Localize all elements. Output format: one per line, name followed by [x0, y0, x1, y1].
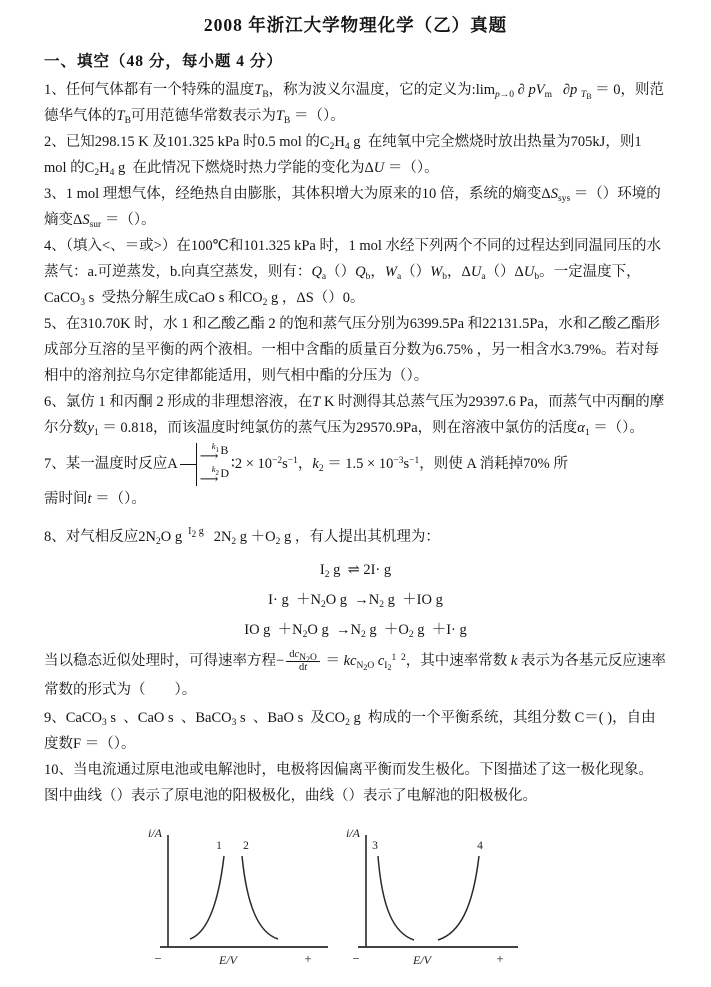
- mechanism-step-3: IO g ＋N2O g →N2 g ＋O2 g ＋I· g: [44, 615, 667, 645]
- left-chart-curve-1: [190, 856, 224, 939]
- curve-3-label: 3: [372, 840, 378, 852]
- question-7: 7、某一温度时反应A k1 ⟶ B k2 ⟶ D ∶2 × 10−2s−1，k2…: [44, 443, 667, 486]
- question-7-line2: 需时间t ＝（）。: [44, 486, 667, 512]
- left-chart-minus-sign: −: [154, 951, 161, 966]
- galvanic-cell-polarization-chart: i/A 1 2 − E/V +: [140, 823, 336, 969]
- question-7-text-after: ∶2 × 10−2s−1，k2 ＝ 1.5 × 10−3s−1，则使 A 消耗掉…: [231, 456, 568, 472]
- question-9: 9、CaCO3 s 、CaO s 、BaCO3 s 、BaO s 及CO2 g …: [44, 705, 667, 757]
- question-10: 10、当电流通过原电池或电解池时，电极将因偏离平衡而发生极化。下图描述了这一极化…: [44, 757, 667, 809]
- question-6: 6、氯仿 1 和丙酮 2 形成的非理想溶液，在T K 时测得其总蒸气压为2939…: [44, 389, 667, 441]
- steady-state-paragraph: 当以稳态近似处理时，可得速率方程−dcN2Odt ＝ kcN2O cI21 2，…: [44, 647, 667, 705]
- curve-2-label: 2: [243, 840, 249, 852]
- polarization-figures: i/A 1 2 − E/V + i/A 3 4 − E/V +: [140, 823, 667, 969]
- mechanism-step-2: I· g ＋N2O g →N2 g ＋IO g: [44, 585, 667, 615]
- reaction-branch-bottom: k2 ⟶ D: [200, 466, 229, 486]
- question-1: 1、任何气体都有一个特殊的温度TB，称为波义尔温度，它的定义为:limp→0 ∂…: [44, 77, 667, 129]
- left-chart-plus-sign: +: [304, 951, 311, 966]
- question-4: 4、（填入<、＝或>）在100℃和101.325 kPa 时，1 mol 水经下…: [44, 233, 667, 311]
- left-chart-x-axis-label: E/V: [218, 953, 239, 967]
- question-3: 3、1 mol 理想气体，经绝热自由膨胀，其体积增大为原来的10 倍，系统的熵变…: [44, 181, 667, 233]
- page-title: 2008 年浙江大学物理化学（乙）真题: [44, 12, 667, 37]
- right-chart-curve-4: [438, 856, 479, 940]
- section-heading: 一、填空（48 分，每小题 4 分）: [44, 49, 667, 71]
- left-chart-y-axis-label: i/A: [148, 826, 163, 840]
- rate-constant-k2-label: k2: [212, 465, 219, 474]
- curve-1-label: 1: [216, 840, 222, 852]
- right-chart-curve-3: [378, 856, 414, 940]
- parallel-reaction-diagram: k1 ⟶ B k2 ⟶ D: [180, 443, 229, 486]
- question-7-text-before: 7、某一温度时反应A: [44, 456, 178, 472]
- left-chart-curve-2: [242, 856, 278, 939]
- reaction-branch: k1 ⟶ B k2 ⟶ D: [196, 443, 229, 486]
- exam-document-page: 2008 年浙江大学物理化学（乙）真题 一、填空（48 分，每小题 4 分） 1…: [0, 0, 711, 987]
- right-chart-y-axis-label: i/A: [346, 826, 361, 840]
- electrolytic-cell-polarization-chart: i/A 3 4 − E/V +: [338, 823, 524, 969]
- mechanism-block: I2 g ⇌ 2I· g I· g ＋N2O g →N2 g ＋IO g IO …: [44, 555, 667, 645]
- right-chart-plus-sign: +: [496, 951, 503, 966]
- curve-4-label: 4: [477, 840, 483, 852]
- rate-constant-k1-label: k1: [212, 442, 219, 451]
- right-chart-x-axis-label: E/V: [412, 953, 433, 967]
- product-d-label: D: [220, 460, 229, 486]
- question-5: 5、在310.70K 时，水 1 和乙酸乙酯 2 的饱和蒸气压分别为6399.5…: [44, 311, 667, 389]
- reaction-bond-line: [180, 464, 196, 465]
- question-2: 2、已知298.15 K 及101.325 kPa 时0.5 mol 的C2H4…: [44, 129, 667, 181]
- question-8: 8、对气相反应2N2O gI2 g2N2 g ＋O2 g ，有人提出其机理为：: [44, 522, 667, 552]
- mechanism-step-1: I2 g ⇌ 2I· g: [44, 555, 667, 585]
- right-chart-minus-sign: −: [352, 951, 359, 966]
